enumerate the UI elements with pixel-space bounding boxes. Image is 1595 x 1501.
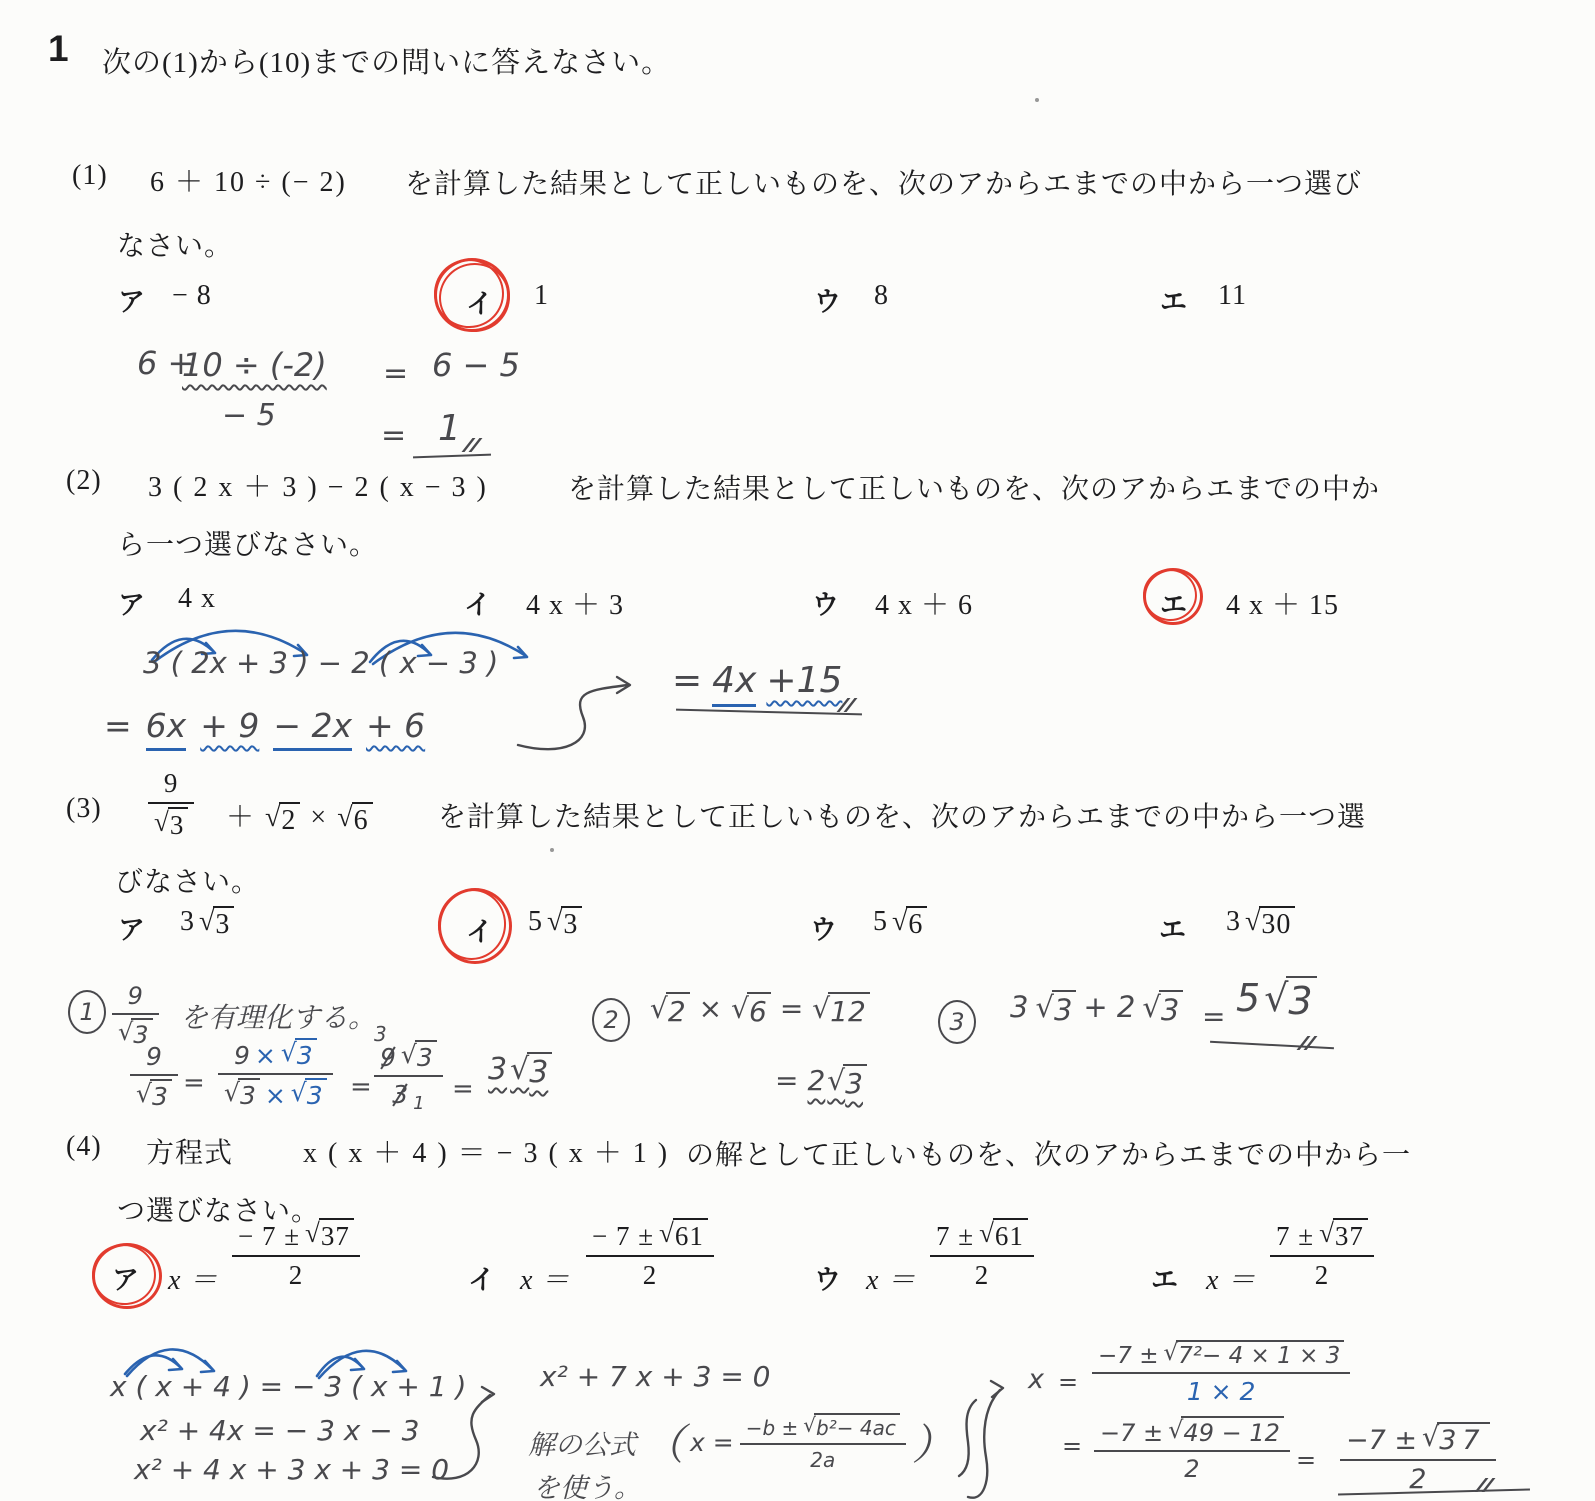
- radical: √3: [401, 1040, 437, 1072]
- p1-number: (1): [72, 160, 108, 192]
- times-sign: ×: [255, 1041, 276, 1070]
- radical: √12: [812, 992, 869, 1028]
- p4-work-line3: x² + 4 x + 3 x + 3 = 0: [134, 1453, 449, 1486]
- p3-choice-i-label: イ: [466, 910, 493, 949]
- p3-choice-u-value: 5 √6: [873, 906, 927, 941]
- p4-right-x: x: [1028, 1364, 1044, 1395]
- p1-choice-i-label: イ: [466, 282, 493, 321]
- p3-choice-e-value: 3 √30: [1226, 906, 1295, 941]
- p2-work-line2: = 6x + 9 − 2x + 6: [104, 706, 425, 751]
- p4-choice-u-lhs: x ＝: [866, 1258, 916, 1298]
- p3-statement-line2: びなさい。: [115, 860, 260, 900]
- p4-choice-u-label: ウ: [814, 1258, 841, 1297]
- p1-work-minus5: − 5: [222, 398, 276, 433]
- p3-choice-i-value: 5 √3: [528, 906, 582, 941]
- p3-step2-line1: √2 × √6 = √12: [650, 992, 870, 1028]
- p3-fraction-denominator-radical: √3: [154, 807, 188, 841]
- p1-work-result1: 6 − 5: [432, 346, 520, 384]
- p4-right-fraction1: −7 ±√7²− 4 × 1 × 3 1 × 2: [1092, 1340, 1350, 1406]
- section-number: 1: [48, 28, 69, 70]
- p1-choice-e-value: 11: [1218, 280, 1247, 312]
- p4-choice-i-fraction: − 7 ±√61 2: [586, 1218, 714, 1291]
- p2-work-term-plus9: + 9: [200, 706, 259, 745]
- p4-mid-line3: を使う。: [533, 1466, 641, 1501]
- p2-statement-line1: を計算した結果として正しいものを、次のアからエまでの中か: [568, 467, 1380, 507]
- p3-choice-u-label: ウ: [810, 908, 837, 947]
- p3-step3-result: 5 √3: [1236, 976, 1317, 1023]
- p1-choice-u-label: ウ: [814, 280, 841, 319]
- p2-choice-a-value: 4 x: [178, 583, 216, 615]
- radical: √3: [1035, 990, 1076, 1027]
- p2-check-tick: [838, 698, 855, 712]
- p2-choice-u-label: ウ: [812, 583, 839, 622]
- p1-choice-a-label: ア: [118, 280, 145, 319]
- p3-sqrt6: √6: [337, 802, 372, 837]
- p3-statement-fraction: 9 √3: [148, 768, 194, 841]
- p1-choice-u-value: 8: [874, 280, 889, 312]
- p2-result-equals: =: [672, 660, 702, 701]
- p4-right-arrow: [960, 1372, 1015, 1500]
- p4-choice-u-fraction: 7 ±√61 2: [930, 1218, 1034, 1291]
- equals-sign: =: [780, 992, 803, 1025]
- radical: √3: [281, 1038, 317, 1070]
- p3-calc-fraction3: 3 9 √3 3 1: [374, 1040, 443, 1109]
- p4-choice-e-label: エ: [1151, 1258, 1178, 1297]
- p1-choice-e-label: エ: [1160, 280, 1187, 319]
- times-sign: ×: [265, 1081, 286, 1110]
- p3-plus-sign: ＋: [226, 795, 255, 835]
- p2-work-term-minus2x: − 2x: [273, 706, 352, 751]
- p3-calc-equals1: =: [183, 1068, 205, 1098]
- p4-right-fraction2: −7 ±√49 − 12 2: [1094, 1416, 1290, 1483]
- p2-statement-line2: ら一つ選びなさい。: [117, 523, 378, 563]
- p4-statement-line1: の解として正しいものを、次のアからエまでの中から一: [686, 1133, 1411, 1173]
- crossed-out-3: 3: [392, 1080, 408, 1109]
- p3-choice-e-label: エ: [1159, 908, 1186, 947]
- p3-check-tick: [1298, 1036, 1315, 1050]
- p4-choice-e-fraction: 7 ±√37 2: [1270, 1218, 1374, 1291]
- p2-work-term-6x: 6x: [146, 706, 187, 751]
- p4-left-arrow: [428, 1385, 513, 1485]
- p2-choice-e-label: エ: [1160, 583, 1187, 622]
- p3-step3-circled-number: 3: [938, 1000, 976, 1044]
- radical: √3: [547, 906, 582, 941]
- p4-work-line2: x² + 4x = − 3 x − 3: [140, 1414, 419, 1447]
- p4-choice-e-lhs: x ＝: [1206, 1258, 1256, 1298]
- p4-prefix: 方程式: [146, 1131, 233, 1171]
- p1-answer-underline: [413, 454, 491, 459]
- radical: √61: [659, 1218, 708, 1252]
- p3-step1-fraction: 9 √3: [112, 982, 159, 1049]
- equals-sign: =: [775, 1064, 798, 1097]
- radical: √3: [199, 906, 234, 941]
- scan-speck: [550, 848, 554, 852]
- p2-choice-e-value: 4 x ＋ 15: [1226, 583, 1339, 623]
- p2-work-line1: 3 ( 2x + 3 ) − 2 ( x − 3 ): [143, 646, 498, 680]
- radical: √61: [979, 1218, 1028, 1252]
- p3-calc-equals2: =: [350, 1072, 372, 1102]
- p3-statement-expression: ＋ √2 × √6: [226, 795, 373, 837]
- scanned-worksheet: 1 次の(1)から(10)までの問いに答えなさい。 (1) 6 ＋ 10 ÷ (…: [0, 0, 1595, 1501]
- p3-sqrt2: √2: [265, 802, 300, 837]
- p1-statement-line2: なさい。: [117, 224, 233, 264]
- crossed-out-9: 9: [380, 1043, 396, 1072]
- p3-calc-equals3: =: [452, 1074, 474, 1104]
- radical: √30: [1245, 906, 1295, 941]
- p4-expression: x ( x ＋ 4 ) ＝ − 3 ( x ＋ 1 ): [303, 1131, 669, 1171]
- radical: √3: [827, 1064, 867, 1100]
- p2-result-4x: 4x: [712, 660, 756, 707]
- p1-work-equals2: =: [381, 418, 406, 453]
- radical: √b²− 4ac: [803, 1413, 900, 1440]
- p3-step1-circled-number: 1: [68, 990, 106, 1034]
- p4-choice-a-label: ア: [112, 1258, 139, 1297]
- p3-fraction-bar: [148, 802, 194, 804]
- radical: √6: [731, 992, 771, 1028]
- p4-right-equals2: =: [1062, 1432, 1082, 1460]
- p2-result-arrow: [513, 672, 653, 757]
- numerator-9: 9: [234, 1041, 250, 1070]
- p2-work-equals: =: [104, 706, 132, 745]
- radical: √37: [305, 1218, 354, 1252]
- p2-answer-underline: [676, 709, 862, 716]
- p1-work-equals1: =: [383, 356, 408, 391]
- p3-choice-a-value: 3 √3: [180, 906, 234, 941]
- p3-calc-result: 3 √3: [488, 1052, 552, 1090]
- times-sign: ×: [699, 992, 722, 1025]
- open-paren: （: [642, 1412, 684, 1472]
- p1-choice-i-value: 1: [534, 280, 549, 312]
- p4-choice-a-fraction: − 7 ±√37 2: [232, 1218, 360, 1291]
- radical: √7²− 4 × 1 × 3: [1164, 1340, 1345, 1369]
- p3-statement-line1: を計算した結果として正しいものを、次のアからエまでの中から一つ選: [438, 795, 1366, 835]
- radical: √3: [510, 1052, 552, 1090]
- radical: √3: [1142, 990, 1183, 1027]
- p3-step3-line: 3 √3 + 2 √3: [1010, 990, 1183, 1027]
- p3-calc-fraction1: 9 √3: [130, 1042, 178, 1111]
- p4-right-equals1: =: [1058, 1368, 1078, 1396]
- replacement-1: 1: [413, 1093, 424, 1114]
- radical: √49 − 12: [1168, 1416, 1284, 1447]
- p1-expression: 6 ＋ 10 ÷ (− 2): [150, 160, 347, 200]
- close-paren: ）: [912, 1412, 954, 1472]
- p3-step2-circled-number: 2: [592, 998, 630, 1042]
- p3-times-sign: ×: [310, 802, 327, 834]
- p3-calc-fraction2: 9 × √3 √3 × √3: [218, 1038, 333, 1110]
- p1-work-final-answer: 1: [438, 408, 461, 449]
- p3-answer-underline: [1210, 1041, 1334, 1049]
- p2-work-term-plus6: + 6: [366, 706, 425, 745]
- radical: √3: [136, 1079, 172, 1111]
- formula-label: 解の公式: [528, 1423, 636, 1462]
- p3-number: (3): [66, 793, 102, 825]
- radical-sign: √: [1264, 976, 1288, 1020]
- quadratic-formula-fraction: −b ±√b²− 4ac 2a: [740, 1413, 906, 1472]
- p2-work-result: = 4x +15: [672, 660, 842, 707]
- p4-choice-a-lhs: x ＝: [168, 1258, 218, 1298]
- p1-statement-line1: を計算した結果として正しいものを、次のアからエまでの中から一つ選び: [405, 162, 1362, 202]
- p2-expression: 3 ( 2 x ＋ 3 ) − 2 ( x − 3 ): [148, 465, 488, 505]
- p4-right-equals3: =: [1296, 1446, 1316, 1474]
- p2-result-plus15: +15: [766, 660, 842, 701]
- scan-speck: [1035, 98, 1039, 102]
- p3-step2-result: 2 √3: [807, 1064, 867, 1100]
- p2-number: (2): [66, 465, 102, 497]
- p4-work-line1: x ( x + 4 ) = − 3 ( x + 1 ): [110, 1370, 466, 1403]
- radical: √2: [650, 992, 690, 1028]
- p3-step1-note: を有理化する。: [180, 996, 376, 1036]
- p3-step3-equals: =: [1202, 1000, 1225, 1033]
- p1-work-underlined-term: 10 ÷ (-2): [182, 346, 327, 384]
- p4-choice-i-lhs: x ＝: [520, 1258, 570, 1298]
- p3-step2-line2: = 2 √3: [775, 1064, 867, 1100]
- p4-mid-line1: x² + 7 x + 3 = 0: [540, 1360, 771, 1393]
- p4-quadratic-formula-note: 解の公式 （ x = −b ±√b²− 4ac 2a ）: [528, 1412, 954, 1472]
- p1-check-tick: [463, 438, 480, 452]
- p4-choice-i-label: イ: [468, 1258, 495, 1297]
- p4-check-tick: [1476, 1478, 1493, 1492]
- p1-choice-a-value: − 8: [172, 280, 212, 312]
- p3-fraction-numerator: 9: [158, 768, 185, 799]
- radical: √37: [1319, 1218, 1368, 1252]
- p3-choice-a-label: ア: [118, 908, 145, 947]
- p4-right-fraction3: −7 ±√37 2: [1340, 1422, 1496, 1495]
- radical: √6: [892, 906, 927, 941]
- radical: √3: [224, 1078, 260, 1110]
- radical: √3: [1264, 976, 1316, 1023]
- section-instructions: 次の(1)から(10)までの問いに答えなさい。: [102, 40, 671, 81]
- p4-number: (4): [66, 1131, 102, 1163]
- radical: √3: [291, 1078, 327, 1110]
- formula-lhs: x =: [690, 1428, 734, 1457]
- p2-choice-u-value: 4 x ＋ 6: [875, 583, 973, 623]
- radical: √37: [1422, 1422, 1490, 1456]
